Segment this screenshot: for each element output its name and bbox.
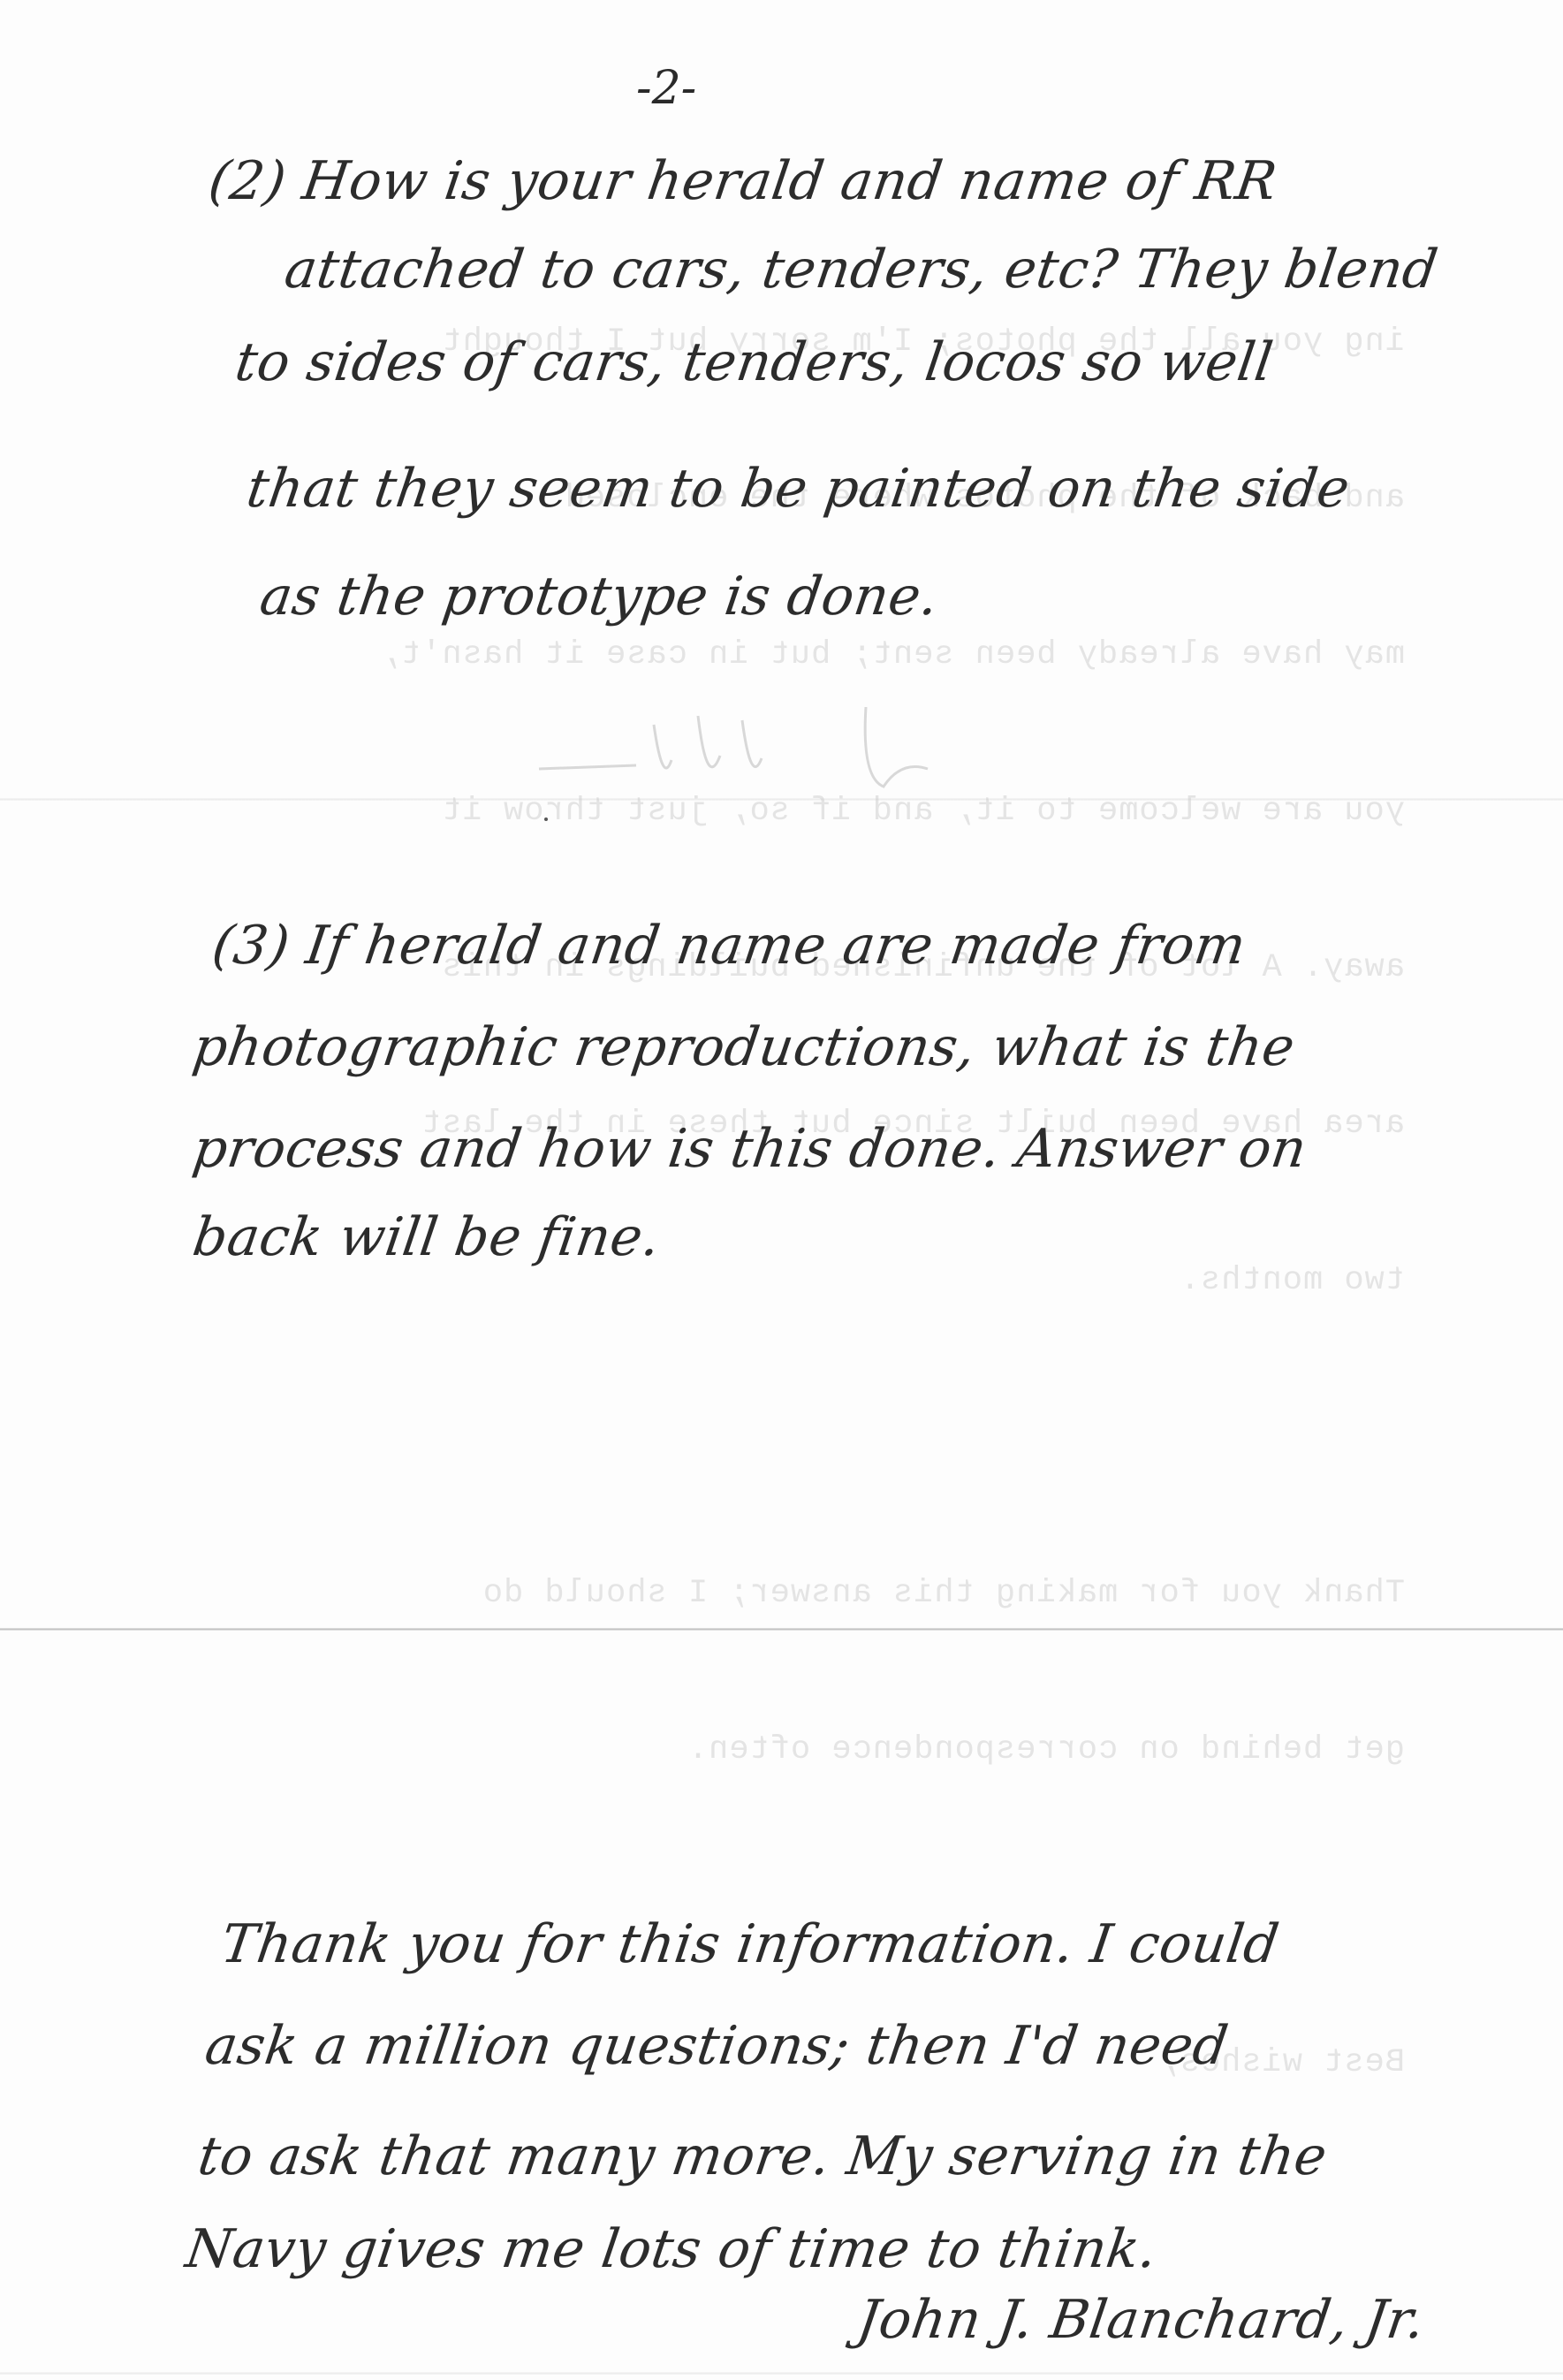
closing-line-4: Navy gives me lots of time to think. xyxy=(182,2218,1161,2280)
closing-line-1: Thank you for this information. I could xyxy=(217,1913,1283,1975)
question-2-line-5: as the prototype is done. xyxy=(256,566,943,627)
bleed-line xyxy=(168,1411,1405,1464)
paper-fold-line xyxy=(0,1628,1563,1631)
bleed-line: may have already been sent; but in case … xyxy=(168,629,1405,681)
question-2-line-3: to sides of cars, tenders, locos so well xyxy=(231,331,1277,393)
question-2-line-4: that they seem to be painted on the side xyxy=(243,458,1354,520)
paper-fold-line xyxy=(0,798,1563,801)
bleed-line: get behind on correspondence often. xyxy=(168,1724,1405,1776)
bleed-line: Thank you for making this answer; I shou… xyxy=(168,1568,1405,1620)
question-2-line-1: (2) How is your herald and name of RR xyxy=(205,150,1281,212)
reverse-side-signature-icon xyxy=(530,707,990,795)
question-3-line-3: process and how is this done. Answer on xyxy=(189,1118,1310,1180)
signature: John J. Blanchard, Jr. xyxy=(854,2289,1429,2351)
closing-line-3: to ask that many more. My serving in the xyxy=(194,2125,1331,2187)
question-3-line-4: back will be fine. xyxy=(189,1206,664,1268)
question-3-line-2: photographic reproductions, what is the xyxy=(189,1016,1299,1078)
page-bottom-edge xyxy=(0,2372,1563,2375)
question-2-line-2: attached to cars, tenders, etc? They ble… xyxy=(281,239,1442,300)
ink-dot xyxy=(544,817,548,821)
closing-line-2: ask a million questions; then I'd need xyxy=(201,2015,1232,2077)
letter-page: ing you all the photos; I'm sorry but I … xyxy=(0,0,1563,2380)
question-3-line-1: (3) If herald and name are made from xyxy=(209,915,1250,977)
page-number: -2- xyxy=(636,62,696,115)
